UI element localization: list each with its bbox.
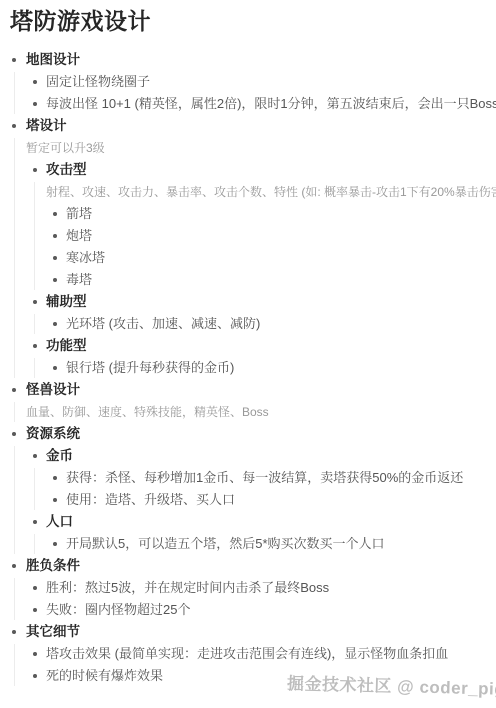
outline-item-label: 人口 bbox=[46, 514, 73, 529]
outline-item[interactable]: 获得：杀怪、每秒增加1金币、每一波结算，卖塔获得50%的金币返还 bbox=[35, 468, 496, 488]
outline-item-label: 辅助型 bbox=[46, 294, 87, 309]
outline-item[interactable]: 胜利：熬过5波，并在规定时间内击杀了最终Boss bbox=[15, 578, 496, 598]
outline-node: 其它细节塔攻击效果 (最简单实现：走进攻击范围会有连线)，显示怪物血条扣血死的时… bbox=[0, 622, 496, 686]
outline-item-label: 胜利：熬过5波，并在规定时间内击杀了最终Boss bbox=[46, 580, 329, 595]
outline-item-label: 开局默认5，可以造五个塔，然后5*购买次数买一个人口 bbox=[66, 536, 385, 551]
bullet-icon bbox=[53, 498, 57, 502]
bullet-icon bbox=[53, 322, 57, 326]
outline-item-label: 其它细节 bbox=[26, 624, 80, 639]
bullet-icon bbox=[33, 520, 37, 524]
outline-item[interactable]: 其它细节 bbox=[0, 622, 496, 642]
outline-item[interactable]: 箭塔 bbox=[35, 204, 496, 224]
bullet-icon bbox=[53, 234, 57, 238]
outline-item-label: 固定让怪物绕圈子 bbox=[46, 74, 150, 89]
outline-note: 射程、攻速、攻击力、暴击率、攻击个数、特性 (如: 概率暴击-攻击1下有20%暴… bbox=[35, 182, 496, 202]
bullet-icon bbox=[33, 608, 37, 612]
outline-node: 开局默认5，可以造五个塔，然后5*购买次数买一个人口 bbox=[35, 534, 496, 554]
outline-node: 塔攻击效果 (最简单实现：走进攻击范围会有连线)，显示怪物血条扣血 bbox=[15, 644, 496, 664]
outline-children-block: 开局默认5，可以造五个塔，然后5*购买次数买一个人口 bbox=[34, 534, 496, 554]
outline-item[interactable]: 辅助型 bbox=[15, 292, 496, 312]
bullet-icon bbox=[33, 168, 37, 172]
outline-item[interactable]: 塔攻击效果 (最简单实现：走进攻击范围会有连线)，显示怪物血条扣血 bbox=[15, 644, 496, 664]
outline-children-block: 血量、防御、速度、特殊技能，精英怪、Boss bbox=[14, 402, 496, 422]
outline-item[interactable]: 寒冰塔 bbox=[35, 248, 496, 268]
outline-item-label: 资源系统 bbox=[26, 426, 80, 441]
bullet-icon bbox=[33, 344, 37, 348]
outline-children-block: 金币获得：杀怪、每秒增加1金币、每一波结算，卖塔获得50%的金币返还使用：造塔、… bbox=[14, 446, 496, 554]
outline-children-block: 胜利：熬过5波，并在规定时间内击杀了最终Boss失败：圈内怪物超过25个 bbox=[14, 578, 496, 620]
outline-item[interactable]: 死的时候有爆炸效果 bbox=[15, 666, 496, 686]
outline-node: 死的时候有爆炸效果 bbox=[15, 666, 496, 686]
outline-node: 金币获得：杀怪、每秒增加1金币、每一波结算，卖塔获得50%的金币返还使用：造塔、… bbox=[15, 446, 496, 510]
bullet-icon bbox=[33, 80, 37, 84]
outline-item[interactable]: 炮塔 bbox=[35, 226, 496, 246]
outline-node: 攻击型射程、攻速、攻击力、暴击率、攻击个数、特性 (如: 概率暴击-攻击1下有2… bbox=[15, 160, 496, 290]
outline-children-block: 获得：杀怪、每秒增加1金币、每一波结算，卖塔获得50%的金币返还使用：造塔、升级… bbox=[34, 468, 496, 510]
bullet-icon bbox=[12, 388, 16, 392]
outline-item[interactable]: 地图设计 bbox=[0, 50, 496, 70]
outline-node: 固定让怪物绕圈子 bbox=[15, 72, 496, 92]
outline-item-label: 寒冰塔 bbox=[66, 250, 105, 265]
outline-node: 地图设计固定让怪物绕圈子每波出怪 10+1 (精英怪，属性2倍)，限时1分钟，第… bbox=[0, 50, 496, 114]
outline-item-label: 炮塔 bbox=[66, 228, 92, 243]
outline-item[interactable]: 资源系统 bbox=[0, 424, 496, 444]
outline-note: 暂定可以升3级 bbox=[15, 138, 496, 158]
outline-item-label: 怪兽设计 bbox=[26, 382, 80, 397]
outline-item-label: 使用：造塔、升级塔、买人口 bbox=[66, 492, 235, 507]
outline-item-label: 功能型 bbox=[46, 338, 87, 353]
outline-node: 毒塔 bbox=[35, 270, 496, 290]
outline-item-label: 箭塔 bbox=[66, 206, 92, 221]
outline-item-label: 地图设计 bbox=[26, 52, 80, 67]
bullet-icon bbox=[33, 586, 37, 590]
outline-node: 箭塔 bbox=[35, 204, 496, 224]
outline-children-block: 光环塔 (攻击、加速、减速、减防) bbox=[34, 314, 496, 334]
outline-item[interactable]: 光环塔 (攻击、加速、减速、减防) bbox=[35, 314, 496, 334]
outline-node: 光环塔 (攻击、加速、减速、减防) bbox=[35, 314, 496, 334]
bullet-icon bbox=[12, 58, 16, 62]
outline-item-label: 胜负条件 bbox=[26, 558, 80, 573]
bullet-icon bbox=[33, 102, 37, 106]
bullet-icon bbox=[53, 542, 57, 546]
outline-item[interactable]: 人口 bbox=[15, 512, 496, 532]
outline-node: 使用：造塔、升级塔、买人口 bbox=[35, 490, 496, 510]
bullet-icon bbox=[33, 300, 37, 304]
bullet-icon bbox=[12, 124, 16, 128]
bullet-icon bbox=[53, 256, 57, 260]
outline-node: 塔设计暂定可以升3级攻击型射程、攻速、攻击力、暴击率、攻击个数、特性 (如: 概… bbox=[0, 116, 496, 378]
outline-node: 获得：杀怪、每秒增加1金币、每一波结算，卖塔获得50%的金币返还 bbox=[35, 468, 496, 488]
outline-item-label: 光环塔 (攻击、加速、减速、减防) bbox=[66, 316, 260, 331]
outline-item[interactable]: 金币 bbox=[15, 446, 496, 466]
outline-node: 功能型银行塔 (提升每秒获得的金币) bbox=[15, 336, 496, 378]
outline-item[interactable]: 每波出怪 10+1 (精英怪，属性2倍)，限时1分钟，第五波结束后，会出一只Bo… bbox=[15, 94, 496, 114]
outline-item[interactable]: 固定让怪物绕圈子 bbox=[15, 72, 496, 92]
outline-item-label: 失败：圈内怪物超过25个 bbox=[46, 602, 190, 617]
outline-node: 胜负条件胜利：熬过5波，并在规定时间内击杀了最终Boss失败：圈内怪物超过25个 bbox=[0, 556, 496, 620]
outline-item-label: 攻击型 bbox=[46, 162, 87, 177]
outline-item[interactable]: 失败：圈内怪物超过25个 bbox=[15, 600, 496, 620]
bullet-icon bbox=[53, 212, 57, 216]
outline-item[interactable]: 使用：造塔、升级塔、买人口 bbox=[35, 490, 496, 510]
outline-item[interactable]: 攻击型 bbox=[15, 160, 496, 180]
outline-note: 血量、防御、速度、特殊技能，精英怪、Boss bbox=[15, 402, 496, 422]
bullet-icon bbox=[33, 454, 37, 458]
bullet-icon bbox=[53, 278, 57, 282]
bullet-icon bbox=[53, 366, 57, 370]
bullet-icon bbox=[53, 476, 57, 480]
bullet-icon bbox=[12, 564, 16, 568]
outline-node: 寒冰塔 bbox=[35, 248, 496, 268]
outline-item[interactable]: 怪兽设计 bbox=[0, 380, 496, 400]
outline-node: 人口开局默认5，可以造五个塔，然后5*购买次数买一个人口 bbox=[15, 512, 496, 554]
bullet-icon bbox=[33, 652, 37, 656]
outline-node: 银行塔 (提升每秒获得的金币) bbox=[35, 358, 496, 378]
outline-children-block: 射程、攻速、攻击力、暴击率、攻击个数、特性 (如: 概率暴击-攻击1下有20%暴… bbox=[34, 182, 496, 290]
outline-item[interactable]: 塔设计 bbox=[0, 116, 496, 136]
outline-item[interactable]: 开局默认5，可以造五个塔，然后5*购买次数买一个人口 bbox=[35, 534, 496, 554]
outline-item[interactable]: 胜负条件 bbox=[0, 556, 496, 576]
bullet-icon bbox=[33, 674, 37, 678]
outline-node: 失败：圈内怪物超过25个 bbox=[15, 600, 496, 620]
outline-item-label: 塔攻击效果 (最简单实现：走进攻击范围会有连线)，显示怪物血条扣血 bbox=[46, 646, 448, 661]
outline-node: 辅助型光环塔 (攻击、加速、减速、减防) bbox=[15, 292, 496, 334]
outline-children-block: 塔攻击效果 (最简单实现：走进攻击范围会有连线)，显示怪物血条扣血死的时候有爆炸… bbox=[14, 644, 496, 686]
outline-node: 资源系统金币获得：杀怪、每秒增加1金币、每一波结算，卖塔获得50%的金币返还使用… bbox=[0, 424, 496, 554]
outline-item-label: 塔设计 bbox=[26, 118, 67, 133]
outline-node: 每波出怪 10+1 (精英怪，属性2倍)，限时1分钟，第五波结束后，会出一只Bo… bbox=[15, 94, 496, 114]
outline-item-label: 银行塔 (提升每秒获得的金币) bbox=[66, 360, 234, 375]
outline-node: 怪兽设计血量、防御、速度、特殊技能，精英怪、Boss bbox=[0, 380, 496, 422]
outline: 地图设计固定让怪物绕圈子每波出怪 10+1 (精英怪，属性2倍)，限时1分钟，第… bbox=[0, 50, 496, 686]
bullet-icon bbox=[12, 630, 16, 634]
outline-item-label: 金币 bbox=[46, 448, 73, 463]
outline-item[interactable]: 毒塔 bbox=[35, 270, 496, 290]
document: 塔防游戏设计 地图设计固定让怪物绕圈子每波出怪 10+1 (精英怪，属性2倍)，… bbox=[0, 0, 496, 686]
outline-node: 胜利：熬过5波，并在规定时间内击杀了最终Boss bbox=[15, 578, 496, 598]
outline-item-label: 毒塔 bbox=[66, 272, 92, 287]
outline-children-block: 暂定可以升3级攻击型射程、攻速、攻击力、暴击率、攻击个数、特性 (如: 概率暴击… bbox=[14, 138, 496, 378]
outline-item-label: 获得：杀怪、每秒增加1金币、每一波结算，卖塔获得50%的金币返还 bbox=[66, 470, 463, 485]
outline-item[interactable]: 功能型 bbox=[15, 336, 496, 356]
outline-children-block: 固定让怪物绕圈子每波出怪 10+1 (精英怪，属性2倍)，限时1分钟，第五波结束… bbox=[14, 72, 496, 114]
page-title: 塔防游戏设计 bbox=[10, 6, 496, 37]
outline-item-label: 死的时候有爆炸效果 bbox=[46, 668, 163, 683]
outline-node: 炮塔 bbox=[35, 226, 496, 246]
outline-children-block: 银行塔 (提升每秒获得的金币) bbox=[34, 358, 496, 378]
outline-item[interactable]: 银行塔 (提升每秒获得的金币) bbox=[35, 358, 496, 378]
bullet-icon bbox=[12, 432, 16, 436]
outline-item-label: 每波出怪 10+1 (精英怪，属性2倍)，限时1分钟，第五波结束后，会出一只Bo… bbox=[46, 96, 496, 111]
